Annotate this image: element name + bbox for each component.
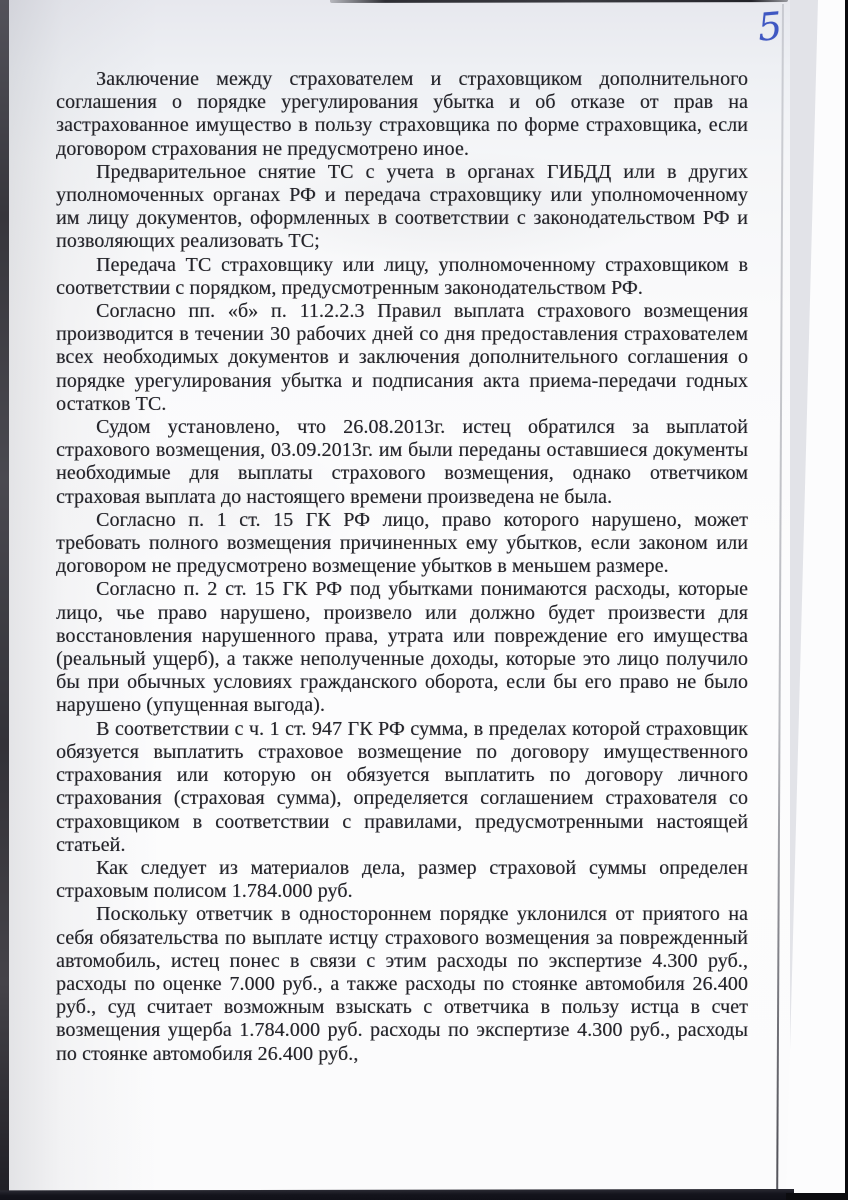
document-paragraph: Поскольку ответчик в одностороннем поряд… xyxy=(56,903,748,1065)
document-paragraph: В соответствии с ч. 1 ст. 947 ГК РФ сумм… xyxy=(56,718,748,857)
document-paragraph: Заключение между страхователем и страхов… xyxy=(56,68,748,161)
document-paragraph: Как следует из материалов дела, размер с… xyxy=(56,857,748,903)
document-paragraph: Предварительное снятие ТС с учета в орга… xyxy=(56,161,748,254)
document-paragraph: Согласно п. 2 ст. 15 ГК РФ под убытками … xyxy=(56,578,748,717)
scan-bottom-border xyxy=(0,1189,794,1200)
document-paragraph: Согласно п. 1 ст. 15 ГК РФ лицо, право к… xyxy=(56,509,748,579)
document-body-text: Заключение между страхователем и страхов… xyxy=(56,68,748,1066)
document-paragraph: Передача ТС страховщику или лицу, уполно… xyxy=(56,254,748,300)
document-paragraph: Судом установлено, что 26.08.2013г. исте… xyxy=(56,416,748,509)
scanned-court-document-page: 5 Заключение между страхователем и страх… xyxy=(0,0,848,1200)
document-paragraph: Согласно пп. «б» п. 11.2.2.3 Правил выпл… xyxy=(56,300,748,416)
scan-bottom-right-corner xyxy=(786,1193,848,1200)
binding-shadow-strip xyxy=(0,0,9,1200)
handwritten-page-number: 5 xyxy=(756,2,800,53)
